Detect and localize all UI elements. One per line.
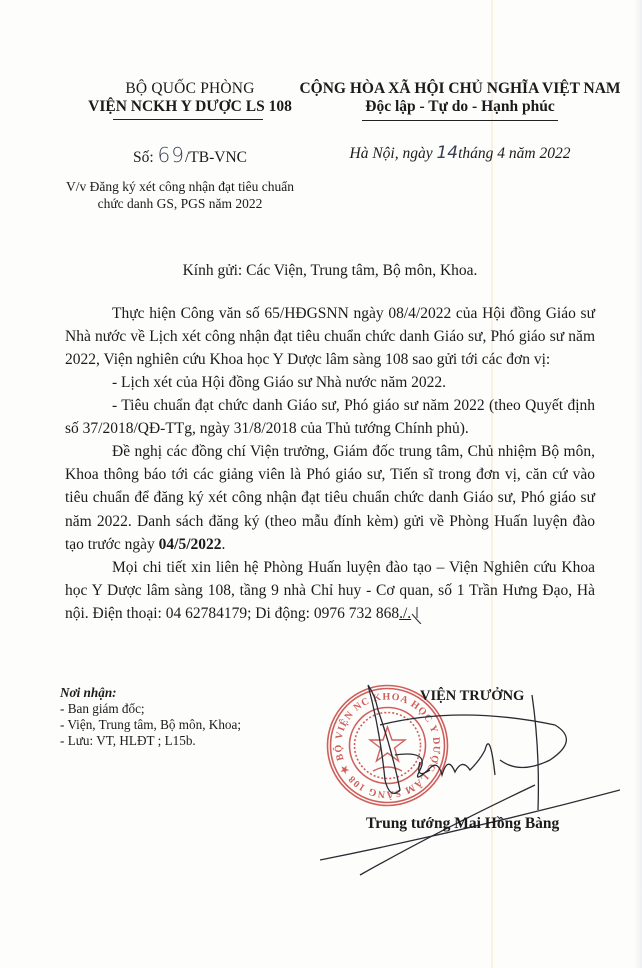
doc-number-handwritten: 69 bbox=[158, 143, 185, 167]
place-date-prefix: Hà Nội, ngày bbox=[350, 145, 433, 162]
recipient-item: - Lưu: VT, HLĐT ; L15b. bbox=[60, 733, 241, 749]
doc-number-suffix: /TB-VNC bbox=[185, 149, 247, 166]
institute-underline bbox=[113, 119, 263, 120]
subject-line-2: chức danh GS, PGS năm 2022 bbox=[40, 195, 320, 212]
paragraph-2-main: Đề nghị các đồng chí Viện trưởng, Giám đ… bbox=[65, 443, 595, 553]
paragraph-1: Thực hiện Công văn số 65/HĐGSNN ngày 08/… bbox=[65, 302, 595, 372]
institute-name: VIỆN NCKH Y DƯỢC LS 108 bbox=[60, 98, 320, 116]
document-number: Số: 69/TB-VNC bbox=[60, 143, 320, 167]
scan-edge-shadow bbox=[634, 0, 642, 968]
recipients-list: Nơi nhận: - Ban giám đốc; - Viện, Trung … bbox=[60, 685, 241, 749]
handwritten-signature-icon bbox=[320, 650, 620, 880]
recipients-title: Nơi nhận: bbox=[60, 685, 241, 701]
paragraph-2: Đề nghị các đồng chí Viện trưởng, Giám đ… bbox=[65, 440, 595, 556]
salutation: Kính gửi: Các Viện, Trung tâm, Bộ môn, K… bbox=[60, 262, 600, 280]
place-and-date: Hà Nội, ngày 14tháng 4 năm 2022 bbox=[290, 143, 630, 163]
bullet-item-2: - Tiêu chuẩn đạt chức danh Giáo sư, Phó … bbox=[65, 394, 595, 440]
deadline-date: 04/5/2022 bbox=[159, 536, 222, 553]
signer-name: Trung tướng Mai Hồng Bàng bbox=[366, 815, 559, 833]
day-handwritten: 14 bbox=[436, 143, 458, 163]
paragraph-2-end: . bbox=[222, 536, 226, 553]
ministry-name: BỘ QUỐC PHÒNG bbox=[60, 80, 320, 98]
national-motto: Độc lập - Tự do - Hạnh phúc bbox=[290, 98, 630, 116]
paragraph-3: Mọi chi tiết xin liên hệ Phòng Huấn luyệ… bbox=[65, 556, 595, 626]
initial-mark-icon bbox=[411, 606, 425, 624]
doc-number-prefix: Số: bbox=[133, 149, 154, 166]
subject-line-1: V/v Đăng ký xét công nhận đạt tiêu chuẩn bbox=[40, 178, 320, 195]
paragraph-3-main: Mọi chi tiết xin liên hệ Phòng Huấn luyệ… bbox=[65, 559, 595, 622]
national-title: CỘNG HÒA XÃ HỘI CHỦ NGHĨA VIỆT NAM bbox=[290, 80, 630, 98]
recipient-item: - Viện, Trung tâm, Bộ môn, Khoa; bbox=[60, 717, 241, 733]
place-date-suffix: tháng 4 năm 2022 bbox=[458, 145, 570, 162]
motto-underline bbox=[362, 120, 558, 121]
paragraph-3-end: ./. bbox=[399, 605, 411, 622]
subject-line: V/v Đăng ký xét công nhận đạt tiêu chuẩn… bbox=[40, 178, 320, 212]
recipient-item: - Ban giám đốc; bbox=[60, 701, 241, 717]
bullet-item-1: - Lịch xét của Hội đồng Giáo sư Nhà nước… bbox=[65, 371, 595, 394]
